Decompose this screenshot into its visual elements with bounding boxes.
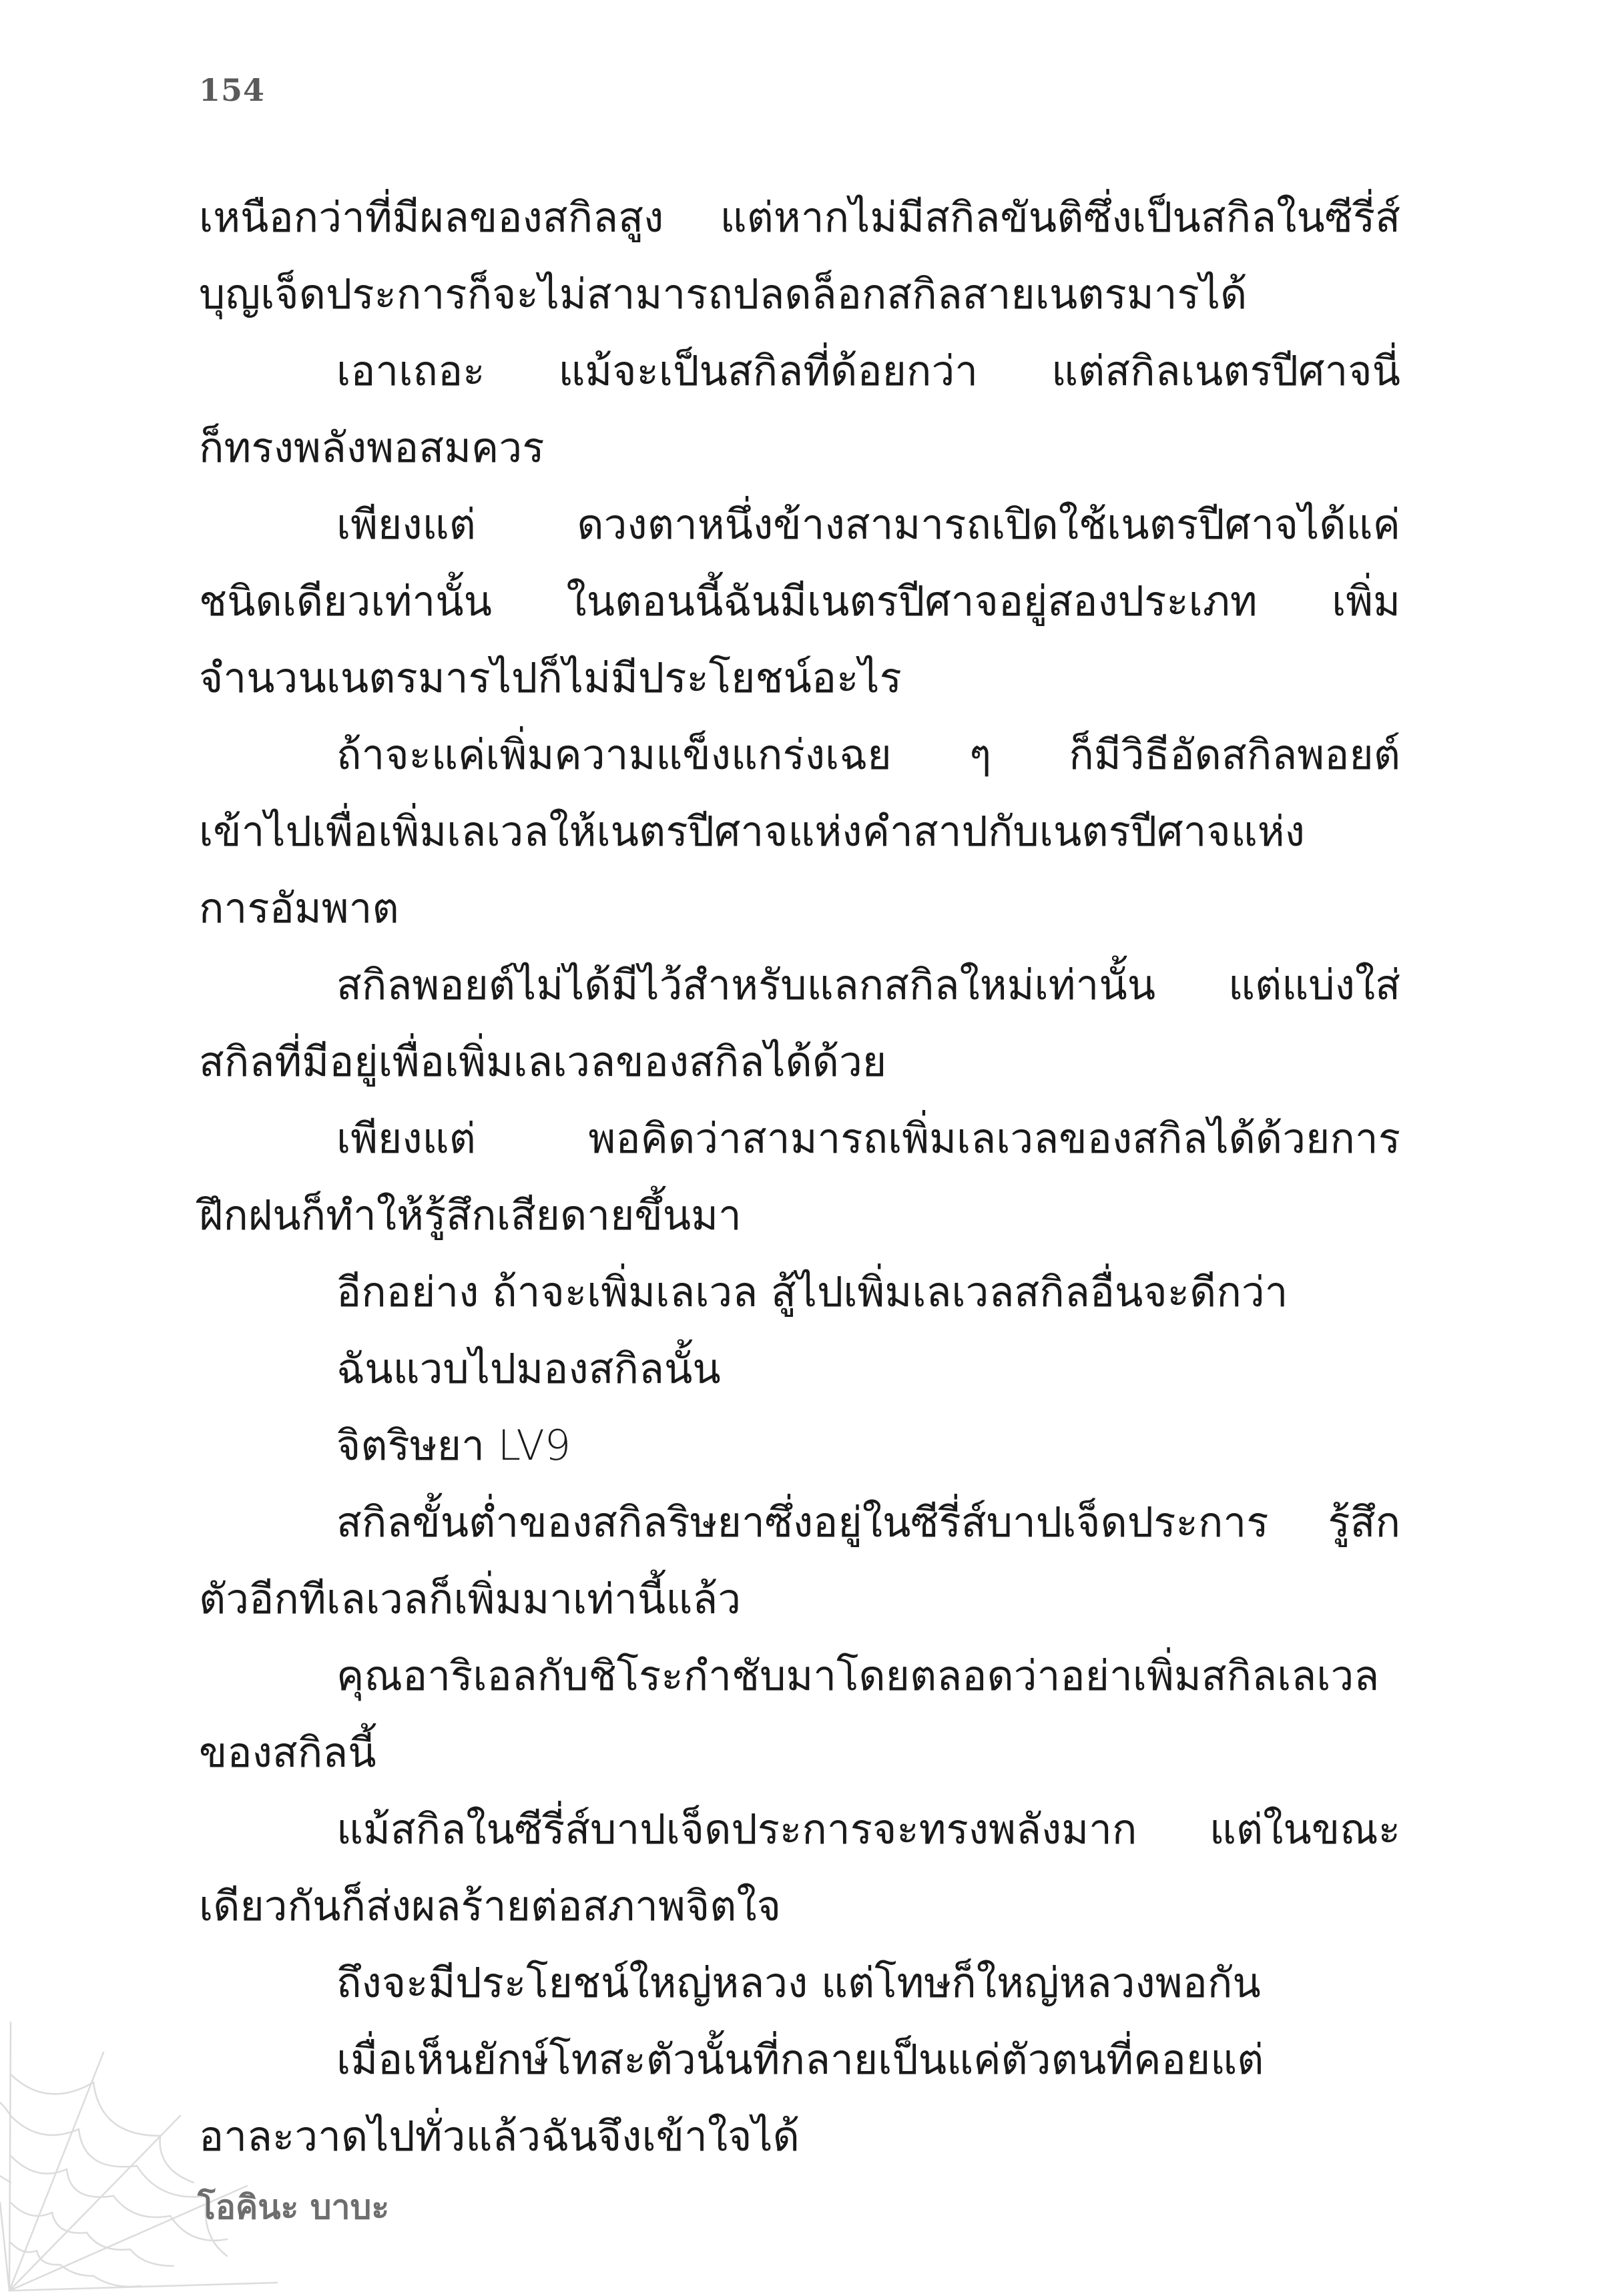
text-line: คุณอาริเอลกับชิโระกำชับมาโดยตลอดว่าอย่าเ… — [199, 1637, 1400, 1714]
paragraph-8: ฉันแวบไปมองสกิลนั้น — [199, 1330, 1400, 1407]
text-line: ตัวอีกทีเลเวลก็เพิ่มมาเท่านี้แล้ว — [199, 1560, 1400, 1637]
text-line: ก็ทรงพลังพอสมควร — [199, 409, 1400, 486]
paragraph-5: สกิลพอยต์ไม่ได้มีไว้สำหรับแลกสกิลใหม่เท่… — [199, 946, 1400, 1100]
text-line: เอาเถอะ แม้จะเป็นสกิลที่ด้อยกว่า แต่สกิล… — [199, 332, 1400, 409]
text-line: เหนือกว่าที่มีผลของสกิลสูง แต่หากไม่มีสก… — [199, 179, 1400, 256]
text-line: ถึงจะมีประโยชน์ใหญ่หลวง แต่โทษก็ใหญ่หลวง… — [199, 1944, 1400, 2021]
text-line: เมื่อเห็นยักษ์โทสะตัวนั้นที่กลายเป็นแค่ต… — [199, 2021, 1400, 2098]
text-line: การอัมพาต — [199, 870, 1400, 946]
text-line: อาละวาดไปทั่วแล้วฉันจึงเข้าใจได้ — [199, 2098, 1400, 2175]
text-line: ของสกิลนี้ — [199, 1714, 1400, 1791]
paragraph-9-skill-name: จิตริษยา LV9 — [199, 1407, 1400, 1484]
paragraph-11: คุณอาริเอลกับชิโระกำชับมาโดยตลอดว่าอย่าเ… — [199, 1637, 1400, 1791]
paragraph-3: เพียงแต่ ดวงตาหนึ่งข้างสามารถเปิดใช้เนตร… — [199, 486, 1400, 716]
text-line: เดียวกันก็ส่งผลร้ายต่อสภาพจิตใจ — [199, 1868, 1400, 1944]
text-line: ฉันแวบไปมองสกิลนั้น — [199, 1330, 1400, 1407]
paragraph-1: เหนือกว่าที่มีผลของสกิลสูง แต่หากไม่มีสก… — [199, 179, 1400, 332]
text-line: ถ้าจะแค่เพิ่มความแข็งแกร่งเฉย ๆ ก็มีวิธี… — [199, 716, 1400, 793]
text-line: อีกอย่าง ถ้าจะเพิ่มเลเวล สู้ไปเพิ่มเลเวล… — [199, 1253, 1400, 1330]
text-line: ฝึกฝนก็ทำให้รู้สึกเสียดายขึ้นมา — [199, 1177, 1400, 1253]
paragraph-13: ถึงจะมีประโยชน์ใหญ่หลวง แต่โทษก็ใหญ่หลวง… — [199, 1944, 1400, 2021]
text-line: แม้สกิลในซีรี่ส์บาปเจ็ดประการจะทรงพลังมา… — [199, 1791, 1400, 1868]
text-line: จำนวนเนตรมารไปก็ไม่มีประโยชน์อะไร — [199, 639, 1400, 716]
page-number: 154 — [199, 72, 265, 108]
paragraph-12: แม้สกิลในซีรี่ส์บาปเจ็ดประการจะทรงพลังมา… — [199, 1791, 1400, 1944]
text-line: เข้าไปเพื่อเพิ่มเลเวลให้เนตรปีศาจแห่งคำส… — [199, 793, 1400, 870]
paragraph-14: เมื่อเห็นยักษ์โทสะตัวนั้นที่กลายเป็นแค่ต… — [199, 2021, 1400, 2175]
paragraph-6: เพียงแต่ พอคิดว่าสามารถเพิ่มเลเวลของสกิล… — [199, 1100, 1400, 1253]
paragraph-4: ถ้าจะแค่เพิ่มความแข็งแกร่งเฉย ๆ ก็มีวิธี… — [199, 716, 1400, 946]
footer-author: โอคินะ บาบะ — [198, 2181, 389, 2234]
text-line: ชนิดเดียวเท่านั้น ในตอนนี้ฉันมีเนตรปีศาจ… — [199, 563, 1400, 639]
text-line: เพียงแต่ ดวงตาหนึ่งข้างสามารถเปิดใช้เนตร… — [199, 486, 1400, 563]
paragraph-7: อีกอย่าง ถ้าจะเพิ่มเลเวล สู้ไปเพิ่มเลเวล… — [199, 1253, 1400, 1330]
text-line: สกิลพอยต์ไม่ได้มีไว้สำหรับแลกสกิลใหม่เท่… — [199, 946, 1400, 1023]
body-text: เหนือกว่าที่มีผลของสกิลสูง แต่หากไม่มีสก… — [199, 179, 1400, 2175]
text-line: สกิลขั้นต่ำของสกิลริษยาซึ่งอยู่ในซีรี่ส์… — [199, 1484, 1400, 1560]
paragraph-10: สกิลขั้นต่ำของสกิลริษยาซึ่งอยู่ในซีรี่ส์… — [199, 1484, 1400, 1637]
text-line: จิตริษยา LV9 — [199, 1407, 1400, 1484]
text-line: บุญเจ็ดประการก็จะไม่สามารถปลดล็อกสกิลสาย… — [199, 256, 1400, 332]
paragraph-2: เอาเถอะ แม้จะเป็นสกิลที่ด้อยกว่า แต่สกิล… — [199, 332, 1400, 486]
text-line: เพียงแต่ พอคิดว่าสามารถเพิ่มเลเวลของสกิล… — [199, 1100, 1400, 1177]
text-line: สกิลที่มีอยู่เพื่อเพิ่มเลเวลของสกิลได้ด้… — [199, 1023, 1400, 1100]
